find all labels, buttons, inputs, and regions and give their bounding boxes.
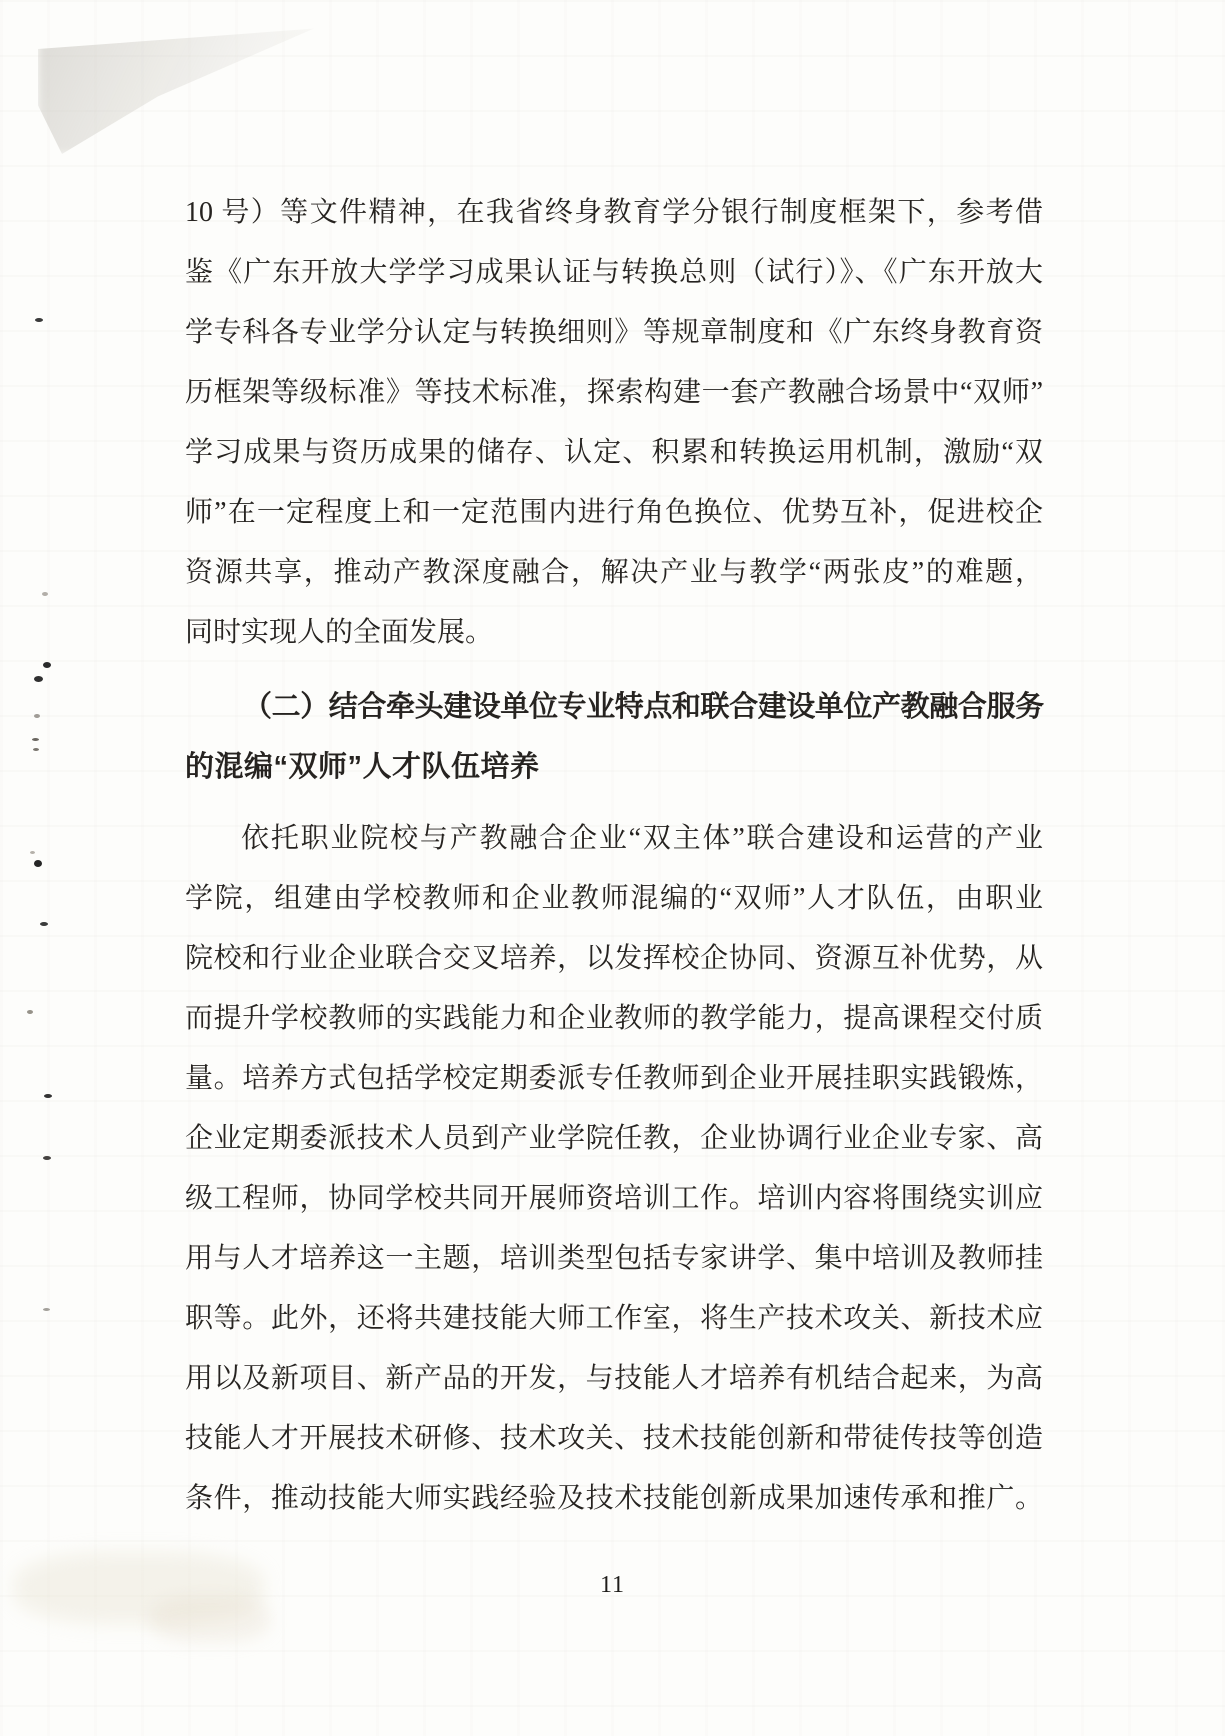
section-heading: （二）结合牵头建设单位专业特点和联合建设单位产教融合服务 的混编“双师”人才队伍… bbox=[185, 677, 1043, 797]
body-line: 用以及新项目、新产品的开发，与技能人才培养有机结合起来，为高 bbox=[185, 1349, 1043, 1409]
scan-speck bbox=[35, 318, 43, 322]
scan-speck bbox=[43, 662, 51, 668]
body-line: 级工程师，协同学校共同开展师资培训工作。培训内容将围绕实训应 bbox=[185, 1169, 1043, 1229]
scan-speck bbox=[27, 1010, 33, 1014]
heading-line: 的混编“双师”人才队伍培养 bbox=[185, 737, 1043, 797]
body-line: 学院，组建由学校教师和企业教师混编的“双师”人才队伍，由职业 bbox=[185, 869, 1043, 929]
body-line: 职等。此外，还将共建技能大师工作室，将生产技术攻关、新技术应 bbox=[185, 1289, 1043, 1349]
body-line: 10 号）等文件精神，在我省终身教育学分银行制度框架下，参考借 bbox=[185, 183, 1043, 243]
body-line: 资源共享，推动产教深度融合，解决产业与教学“两张皮”的难题， bbox=[185, 543, 1043, 603]
scan-speck bbox=[34, 676, 43, 682]
scan-speck bbox=[33, 748, 39, 751]
scan-speck bbox=[32, 738, 39, 741]
paragraph: 依托职业院校与产教融合企业“双主体”联合建设和运营的产业 学院，组建由学校教师和… bbox=[185, 809, 1043, 1529]
scan-speck bbox=[43, 1308, 50, 1311]
body-line: 师”在一定程度上和一定范围内进行角色换位、优势互补，促进校企 bbox=[185, 483, 1043, 543]
body-line: 用与人才培养这一主题，培训类型包括专家讲学、集中培训及教师挂 bbox=[185, 1229, 1043, 1289]
paragraph: 10 号）等文件精神，在我省终身教育学分银行制度框架下，参考借 鉴《广东开放大学… bbox=[185, 183, 1043, 663]
body-line: 鉴《广东开放大学学习成果认证与转换总则（试行）》、《广东开放大 bbox=[185, 243, 1043, 303]
body-line: 而提升学校教师的实践能力和企业教师的教学能力，提高课程交付质 bbox=[185, 989, 1043, 1049]
body-line: 学专科各专业学分认定与转换细则》等规章制度和《广东终身教育资 bbox=[185, 303, 1043, 363]
body-line: 依托职业院校与产教融合企业“双主体”联合建设和运营的产业 bbox=[185, 809, 1043, 869]
document-body: 10 号）等文件精神，在我省终身教育学分银行制度框架下，参考借 鉴《广东开放大学… bbox=[185, 183, 1043, 1529]
page-number: 11 bbox=[0, 1572, 1225, 1599]
scan-speck bbox=[30, 851, 35, 854]
scan-smudge-top-left bbox=[38, 26, 338, 154]
body-line: 条件，推动技能大师实践经验及技术技能创新成果加速传承和推广。 bbox=[185, 1469, 1043, 1529]
scan-speck bbox=[42, 592, 48, 596]
document-page: 10 号）等文件精神，在我省终身教育学分银行制度框架下，参考借 鉴《广东开放大学… bbox=[0, 0, 1225, 1736]
body-line: 量。培养方式包括学校定期委派专任教师到企业开展挂职实践锻炼， bbox=[185, 1049, 1043, 1109]
scan-speck bbox=[43, 1156, 51, 1160]
scan-speck bbox=[34, 860, 42, 867]
scan-speck bbox=[34, 714, 40, 718]
body-line: 学习成果与资历成果的储存、认定、积累和转换运用机制，激励“双 bbox=[185, 423, 1043, 483]
heading-line: （二）结合牵头建设单位专业特点和联合建设单位产教融合服务 bbox=[185, 677, 1043, 737]
body-line: 院校和行业企业联合交叉培养，以发挥校企协同、资源互补优势，从 bbox=[185, 929, 1043, 989]
body-line: 历框架等级标准》等技术标准，探索构建一套产教融合场景中“双师” bbox=[185, 363, 1043, 423]
scan-smudge-bottom-left-2 bbox=[150, 1596, 270, 1642]
body-line: 企业定期委派技术人员到产业学院任教，企业协调行业企业专家、高 bbox=[185, 1109, 1043, 1169]
body-line: 技能人才开展技术研修、技术攻关、技术技能创新和带徒传技等创造 bbox=[185, 1409, 1043, 1469]
body-line: 同时实现人的全面发展。 bbox=[185, 603, 1043, 663]
scan-speck bbox=[40, 922, 48, 926]
scan-speck bbox=[44, 1094, 52, 1098]
